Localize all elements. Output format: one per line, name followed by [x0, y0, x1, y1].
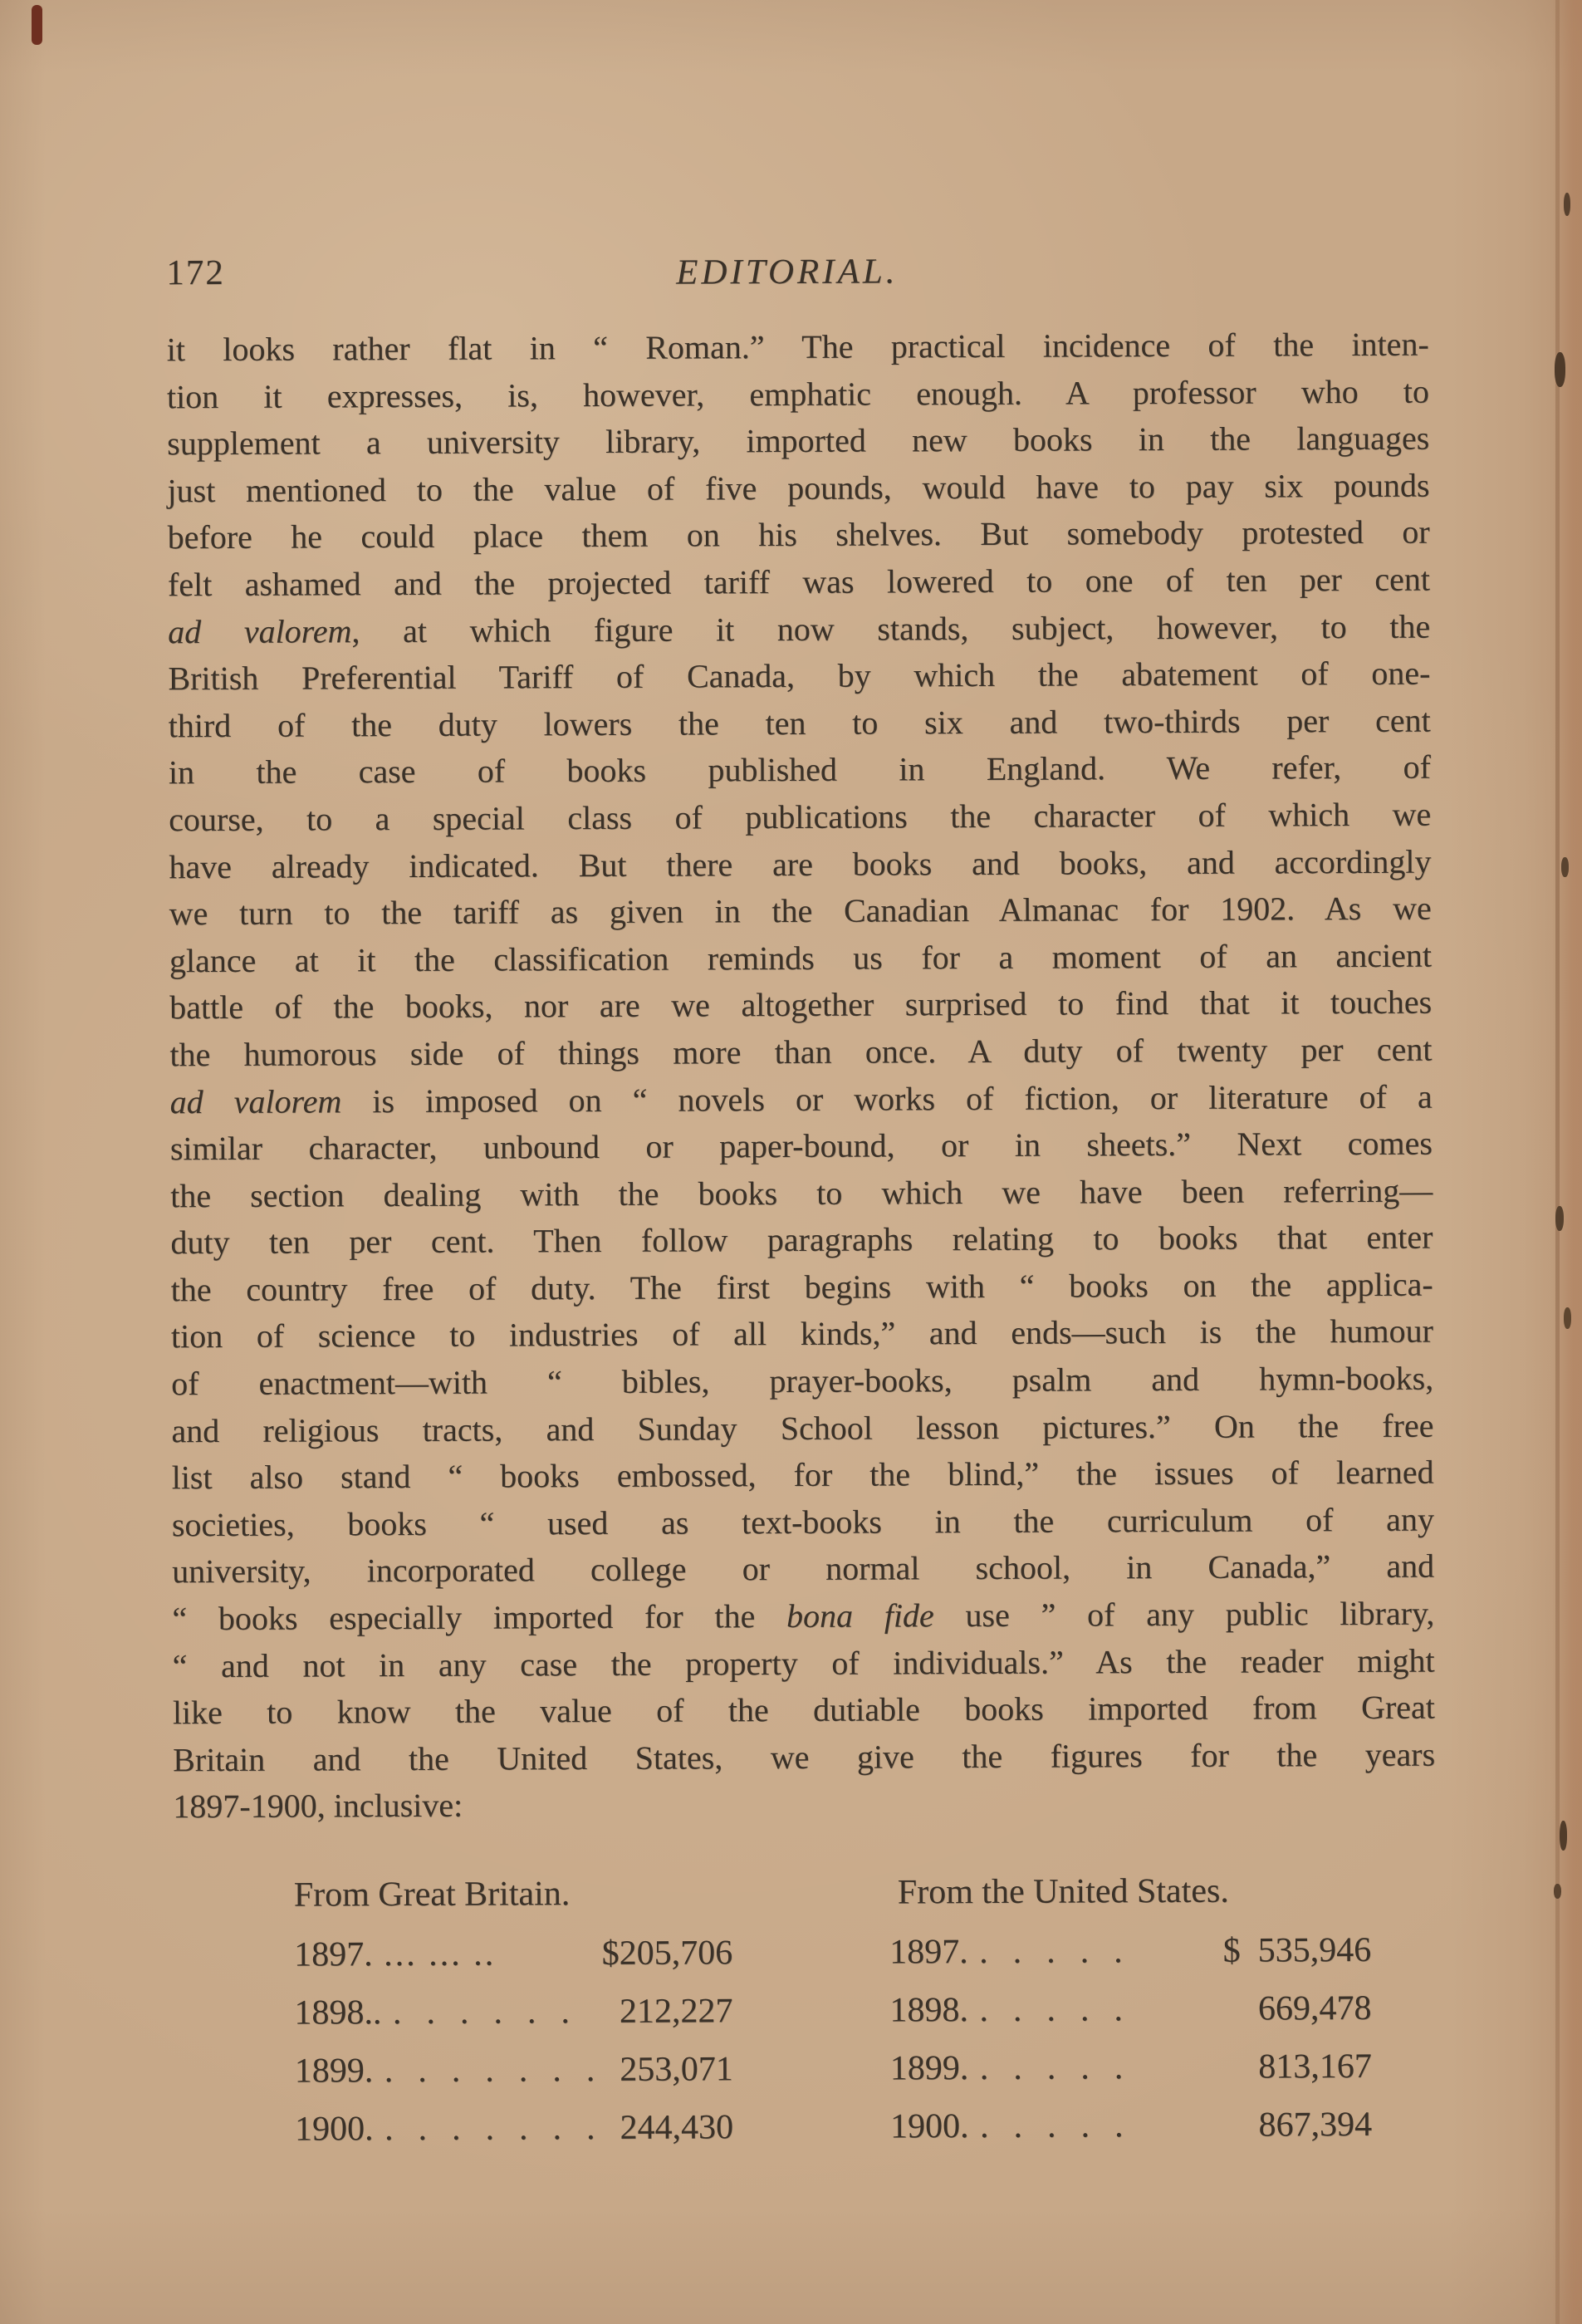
- text-line: the country free of duty. The first begi…: [171, 1262, 1433, 1314]
- table-row: 1897. ... ... ..$205,706: [294, 1924, 732, 1983]
- text-line: just mentioned to the value of five poun…: [167, 462, 1429, 514]
- text-line: in the case of books published in Englan…: [169, 744, 1431, 797]
- running-head-title: EDITORIAL.: [0, 246, 1578, 299]
- text-line: we turn to the tariff as given in the Ca…: [169, 885, 1432, 938]
- text-line: tion of science to industries of all kin…: [171, 1308, 1433, 1361]
- text-line: list also stand “ books embossed, for th…: [172, 1449, 1434, 1502]
- table-rows-great-britain: 1897. ... ... ..$205,7061898.. . . . . .…: [294, 1924, 733, 2158]
- text-line: the section dealing with the books to wh…: [170, 1167, 1433, 1219]
- page-content: 172 EDITORIAL. it looks rather flat in “…: [0, 0, 1582, 2324]
- table-row: 1899. . . . . .813,167: [890, 2037, 1372, 2098]
- text-line: Britain and the United States, we give t…: [173, 1731, 1435, 1783]
- text-line: like to know the value of the dutiable b…: [173, 1684, 1435, 1737]
- table-row: 1898.. . . . . . .212,227: [294, 1982, 732, 2042]
- text-line: it looks rather flat in “ Roman.” The pr…: [167, 321, 1429, 374]
- table-title-united-states: From the United States.: [889, 1868, 1371, 1915]
- table-row: 1900. . . . . .867,394: [890, 2096, 1372, 2156]
- book-page: 172 EDITORIAL. it looks rather flat in “…: [0, 0, 1582, 2324]
- text-line: British Preferential Tariff of Canada, b…: [168, 650, 1430, 703]
- editorial-text: it looks rather flat in “ Roman.” The pr…: [167, 321, 1436, 1831]
- text-line: similar character, unbound or paper-boun…: [170, 1120, 1433, 1173]
- table-great-britain: From Great Britain. 1897. ... ... ..$205…: [294, 1870, 733, 2158]
- table-row: 1899. . . . . . . .253,071: [295, 2040, 733, 2100]
- import-value-tables: From Great Britain. 1897. ... ... ..$205…: [3, 1867, 1582, 1874]
- text-line: “ and not in any case the property of in…: [173, 1637, 1435, 1689]
- text-line: societies, books “ used as text-books in…: [172, 1496, 1434, 1548]
- text-line: “ books especially imported for the bona…: [172, 1591, 1434, 1643]
- text-line: duty ten per cent. Then follow paragraph…: [170, 1214, 1433, 1267]
- text-line: course, to a special class of publicatio…: [169, 792, 1431, 844]
- text-line: have already indicated. But there are bo…: [169, 838, 1431, 890]
- text-line: ad valorem, at which figure it now stand…: [168, 603, 1430, 655]
- text-line: before he could place them on his shelve…: [168, 509, 1430, 561]
- text-line: and religious tracts, and Sunday School …: [171, 1402, 1433, 1454]
- text-line: 1897-1900, inclusive:: [173, 1778, 1435, 1831]
- text-line: tion it expresses, is, however, emphatic…: [167, 368, 1429, 420]
- table-row: 1898. . . . . .669,478: [889, 1979, 1371, 2040]
- table-rows-united-states: 1897. . . . . .$ 535,9461898. . . . . .6…: [889, 1921, 1372, 2156]
- text-line: the humorous side of things more than on…: [169, 1027, 1432, 1079]
- table-title-great-britain: From Great Britain.: [294, 1870, 732, 1917]
- text-line: university, incorporated college or norm…: [172, 1543, 1434, 1596]
- text-line: third of the duty lowers the ten to six …: [169, 697, 1431, 749]
- text-line: battle of the books, nor are we altogeth…: [169, 979, 1432, 1032]
- table-united-states: From the United States. 1897. . . . . .$…: [889, 1868, 1372, 2156]
- text-line: felt ashamed and the projected tariff wa…: [168, 556, 1430, 609]
- text-line: of enactment—with “ bibles, prayer-books…: [171, 1356, 1433, 1408]
- text-line: supplement a university library, importe…: [167, 415, 1429, 468]
- text-line: glance at it the classification reminds …: [169, 932, 1432, 984]
- text-line: ad valorem is imposed on “ novels or wor…: [170, 1073, 1433, 1125]
- table-row: 1897. . . . . .$ 535,946: [889, 1921, 1371, 1982]
- table-row: 1900. . . . . . . .244,430: [295, 2098, 733, 2158]
